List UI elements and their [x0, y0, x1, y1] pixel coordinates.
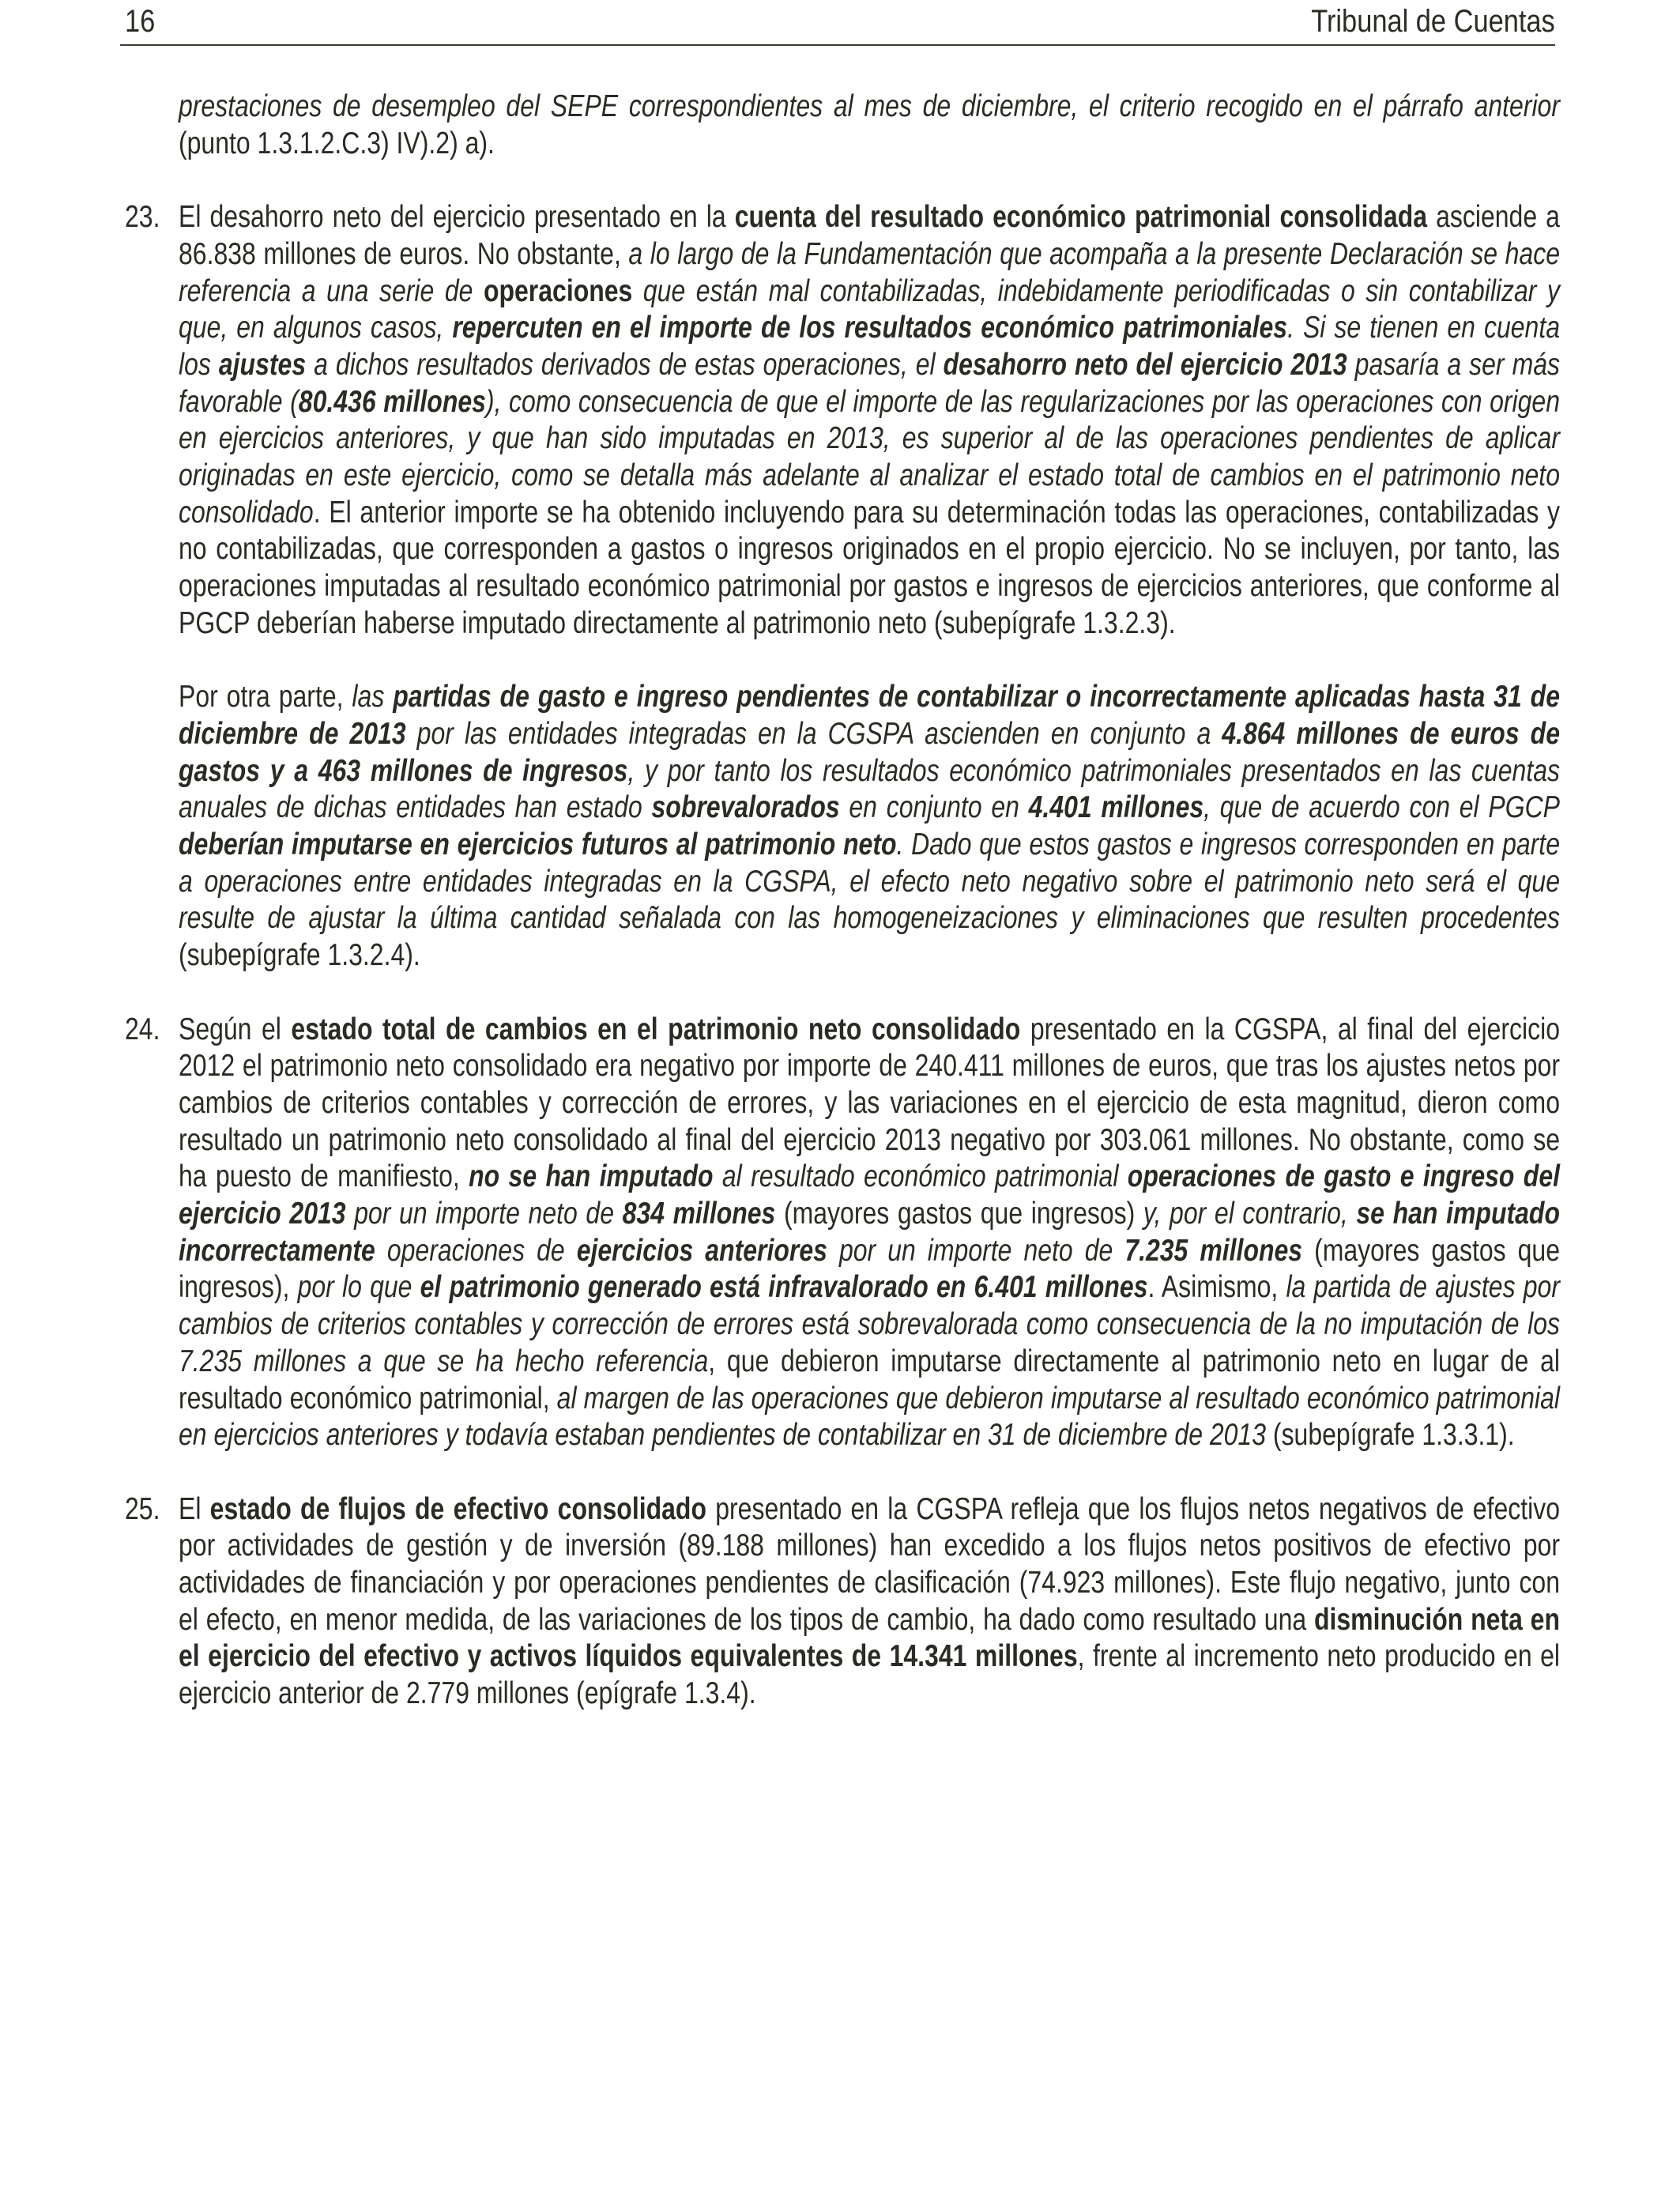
- text-run: ejercicios anteriores: [577, 1234, 827, 1268]
- paragraph-24: 24. Según el estado total de cambios en …: [125, 1012, 1560, 1454]
- text-run: operaciones de: [375, 1234, 577, 1268]
- text-run: en conjunto en: [840, 790, 1029, 824]
- paragraph-number: 24.: [125, 1012, 160, 1049]
- text-run: . El anterior importe se ha obtenido inc…: [179, 496, 1560, 640]
- text-run: El: [179, 1492, 210, 1526]
- text-run: . Asimismo,: [1147, 1270, 1286, 1304]
- text-run: deberían imputarse en ejercicios futuros…: [179, 827, 897, 861]
- text-run: ajustes: [219, 348, 306, 382]
- text-run: estado de flujos de efectivo consolidado: [210, 1492, 706, 1526]
- text-run: prestaciones de desempleo del SEPE corre…: [179, 89, 1560, 123]
- text-run: 834 millones: [623, 1197, 776, 1231]
- paragraph-25: 25. El estado de flujos de efectivo cons…: [125, 1491, 1560, 1713]
- paragraph-text: prestaciones de desempleo del SEPE corre…: [179, 89, 1560, 162]
- paragraph-number: 23.: [125, 199, 160, 236]
- text-run: no se han imputado: [469, 1159, 713, 1193]
- page-header: 16 Tribunal de Cuentas: [120, 0, 1555, 46]
- paragraph-23-continued: Por otra parte, las partidas de gasto e …: [125, 679, 1560, 974]
- paragraph-continuation: prestaciones de desempleo del SEPE corre…: [125, 89, 1560, 162]
- text-run: 80.436 millones: [299, 385, 486, 419]
- text-run: Según el: [179, 1012, 291, 1046]
- text-run: el patrimonio generado está infravalorad…: [420, 1270, 1148, 1304]
- text-run: (mayores gastos que ingresos): [775, 1197, 1143, 1231]
- text-run: cuenta del resultado económico patrimoni…: [735, 200, 1427, 234]
- text-run: (subepígrafe 1.3.2.4).: [179, 938, 420, 972]
- text-run: Por otra parte,: [179, 680, 352, 714]
- text-run: al resultado económico patrimonial: [714, 1159, 1128, 1193]
- text-run: (punto 1.3.1.2.C.3) IV).2) a).: [179, 126, 495, 160]
- page-number: 16: [125, 3, 155, 40]
- paragraph-text: El estado de flujos de efectivo consolid…: [179, 1491, 1560, 1713]
- paragraph-number: 25.: [125, 1491, 160, 1529]
- text-run: por un importe neto de: [827, 1234, 1124, 1268]
- text-run: 7.235 millones: [1124, 1234, 1302, 1268]
- text-run: por un importe neto de: [346, 1197, 623, 1231]
- paragraph-text: Por otra parte, las partidas de gasto e …: [179, 679, 1560, 974]
- paragraph-text: Según el estado total de cambios en el p…: [179, 1012, 1560, 1454]
- paragraph-text: El desahorro neto del ejercicio presenta…: [179, 199, 1560, 642]
- text-run: a dichos resultados derivados de estas o…: [306, 348, 944, 382]
- text-run: El desahorro neto del ejercicio presenta…: [179, 200, 735, 234]
- text-run: sobrevalorados: [651, 790, 839, 824]
- paragraph-23: 23. El desahorro neto del ejercicio pres…: [125, 199, 1560, 642]
- text-run: repercuten en el importe de los resultad…: [452, 311, 1287, 345]
- text-run: desahorro neto del ejercicio 2013: [944, 348, 1347, 382]
- text-run: , que de acuerdo con el PGCP: [1203, 790, 1560, 824]
- document-body: prestaciones de desempleo del SEPE corre…: [125, 89, 1560, 1750]
- document-page: 16 Tribunal de Cuentas prestaciones de d…: [0, 0, 1680, 2194]
- text-run: 4.401 millones: [1029, 790, 1204, 824]
- text-run: y, por el contrario,: [1143, 1197, 1356, 1231]
- header-title: Tribunal de Cuentas: [1311, 3, 1555, 40]
- text-run: operaciones: [484, 274, 632, 308]
- text-run: estado total de cambios en el patrimonio…: [291, 1012, 1020, 1046]
- text-run: por las entidades integradas en la CGSPA…: [406, 717, 1222, 751]
- text-run: las: [352, 680, 393, 714]
- text-run: por lo que: [298, 1270, 420, 1304]
- text-run: (subepígrafe 1.3.3.1).: [1266, 1418, 1515, 1452]
